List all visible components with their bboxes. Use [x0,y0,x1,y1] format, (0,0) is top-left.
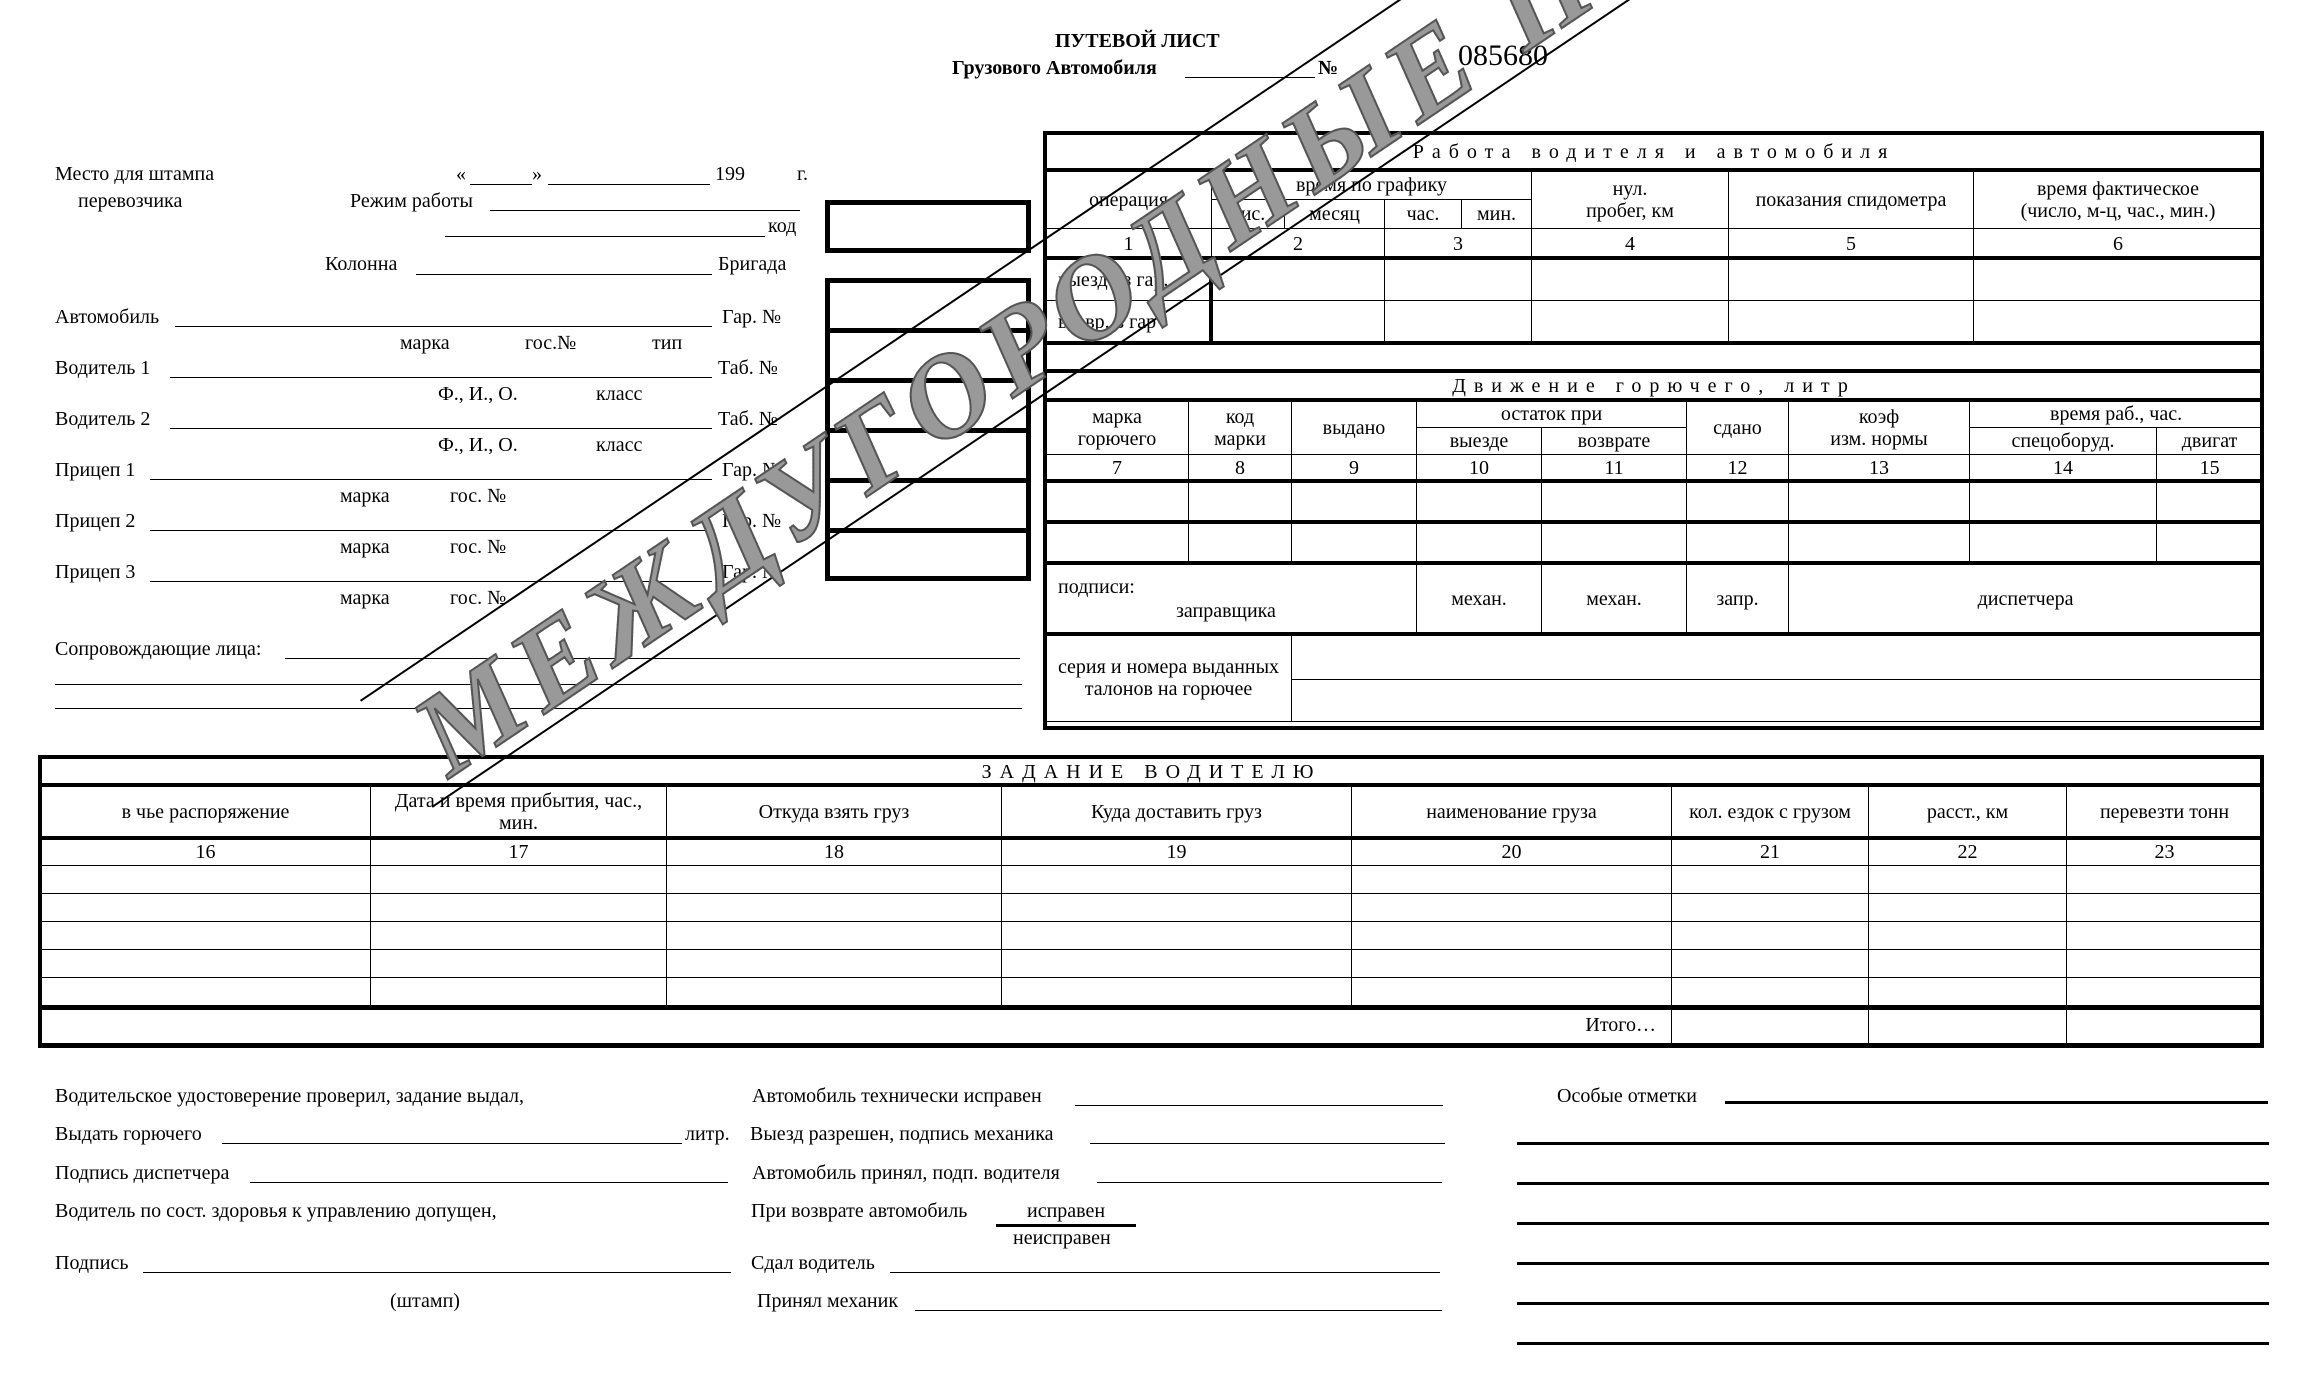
cell-input[interactable] [371,978,667,1006]
cell-input[interactable] [1212,301,1385,343]
header-month: месяц [1285,200,1385,229]
header-handed: сдано [1687,401,1789,455]
cell-input[interactable] [1974,259,2263,301]
table-row [41,922,2263,950]
garage-number-box[interactable] [825,378,1031,433]
col-number: 1 [1046,229,1212,259]
cell-input[interactable] [667,894,1002,922]
field-right-label: Гар. № [722,561,781,583]
cell-input[interactable] [1869,922,2067,950]
signatures-cell: подписи: заправщика [1046,564,1417,635]
cell-input[interactable] [1869,950,2067,978]
header-issued: выдано [1292,401,1417,455]
brigade-label: Бригада [718,253,786,275]
task-header: наименование груза [1352,786,1672,839]
cell-input[interactable] [1974,301,2263,343]
field-label: Прицеп 1 [55,459,135,481]
special-notes-line[interactable] [1517,1182,2269,1185]
col-number: 2 [1212,229,1385,259]
col-number: 9 [1292,455,1417,482]
header-on-return: возврате [1542,428,1687,455]
cell-input[interactable] [41,978,371,1006]
work-table-title: Работа водителя и автомобиля [1046,134,2263,171]
escort-field-2[interactable] [55,684,1022,685]
date-month-field[interactable] [548,184,710,185]
col-number: 17 [371,839,667,866]
cell-input[interactable] [1292,523,1417,564]
field-label: Водитель 1 [55,357,150,379]
table-row [41,894,2263,922]
cell-input[interactable] [1212,259,1385,301]
field-input[interactable] [150,581,712,582]
field-sublabel: тип [652,332,682,354]
cell-input[interactable] [1352,922,1672,950]
coupons-field-2[interactable] [1292,680,2263,722]
table-row [41,950,2263,978]
col-number: 18 [667,839,1002,866]
coupons-field-1[interactable] [1292,635,2263,680]
cell-input[interactable] [1385,301,1532,343]
stamp-place-label: Место для штампа [55,163,214,185]
cell-input[interactable] [1352,978,1672,1006]
col-number: 6 [1974,229,2263,259]
issue-fuel-field[interactable] [222,1143,682,1144]
document-title: ПУТЕВОЙ ЛИСТ [1055,30,1220,52]
cell-input[interactable] [1869,978,2067,1006]
cell-input[interactable] [1532,301,1729,343]
cell-input[interactable] [1672,950,1869,978]
serial-number: 085680 [1458,40,1548,72]
garage-number-box[interactable] [825,328,1031,383]
field-sublabel: класс [596,434,642,456]
header-engine: двигат [2157,428,2263,455]
refueler-signature-short[interactable]: запр. [1687,564,1789,635]
accepted-mechanic-field[interactable] [915,1310,1442,1311]
exit-allowed-field[interactable] [1090,1143,1445,1144]
fuel-table: Движение горючего, литр маркагорючего ко… [1045,371,2263,722]
col-number: 5 [1729,229,1974,259]
special-notes-field-1[interactable] [1725,1101,2268,1104]
cell-input[interactable] [1046,482,1189,523]
cell-input[interactable] [1542,523,1687,564]
cell-input[interactable] [1672,894,1869,922]
cell-input[interactable] [1789,523,1970,564]
signatures-label: подписи: [1058,576,1135,598]
col-number: 4 [1532,229,1729,259]
total-distance[interactable] [1869,1006,2067,1044]
field-input[interactable] [150,479,712,480]
vehicle-number-field[interactable] [1185,77,1315,78]
garage-number-box[interactable] [825,278,1031,333]
cell-input[interactable] [371,922,667,950]
col-number: 7 [1046,455,1189,482]
cell-input[interactable] [1002,950,1352,978]
col-number: 3 [1385,229,1532,259]
date-close-quote: » [532,163,542,185]
header-brand-code: кодмарки [1189,401,1292,455]
special-notes-line[interactable] [1517,1142,2269,1145]
accepted-driver-label: Автомобиль принял, подп. водителя [752,1162,1060,1184]
coupons-label: серия и номера выданных талонов на горюч… [1046,635,1292,722]
handed-driver-field[interactable] [890,1272,1440,1273]
special-notes-line[interactable] [1517,1262,2269,1265]
exit-allowed-label: Выезд разрешен, подпись механика [750,1123,1054,1145]
stamp-place-label-2: перевозчика [78,190,182,212]
cell-input[interactable] [1672,922,1869,950]
cell-input[interactable] [1970,482,2157,523]
header-actual-time: время фактическое(число, м-ц, час., мин.… [1974,171,2263,229]
table-row [41,866,2263,894]
field-right-label: Гар. № [722,510,781,532]
cell-input[interactable] [371,866,667,894]
spacer-row [1046,343,2263,371]
field-input[interactable] [150,530,712,531]
issue-fuel-label: Выдать горючего [55,1123,202,1145]
field-right-label: Гар. № [722,459,781,481]
license-checked-label: Водительское удостоверение проверил, зад… [55,1085,524,1107]
cell-input[interactable] [1352,894,1672,922]
task-table: ЗАДАНИЕ ВОДИТЕЛЮ в чье распоряжениеДата … [40,757,2263,1044]
field-sublabel: гос. № [450,587,506,609]
header-work-time: время раб., час. [1970,401,2263,428]
total-tons[interactable] [2067,1006,2263,1044]
field-sublabel: марка [340,536,390,558]
field-sublabel: Ф., И., О. [438,434,518,456]
header-coef: коэфизм. нормы [1789,401,1970,455]
header-min: мин. [1462,200,1532,229]
code-field[interactable] [445,236,765,237]
cell-input[interactable] [41,866,371,894]
col-number: 13 [1789,455,1970,482]
signature-field[interactable] [143,1272,731,1273]
field-input[interactable] [175,326,712,327]
stamp-label: (штамп) [390,1290,460,1312]
cell-input[interactable] [1189,523,1292,564]
cell-input[interactable] [1417,482,1542,523]
liters-label: литр. [685,1123,730,1145]
cell-input[interactable] [1292,482,1417,523]
tech-ok-label: Автомобиль технически исправен [752,1085,1042,1107]
cell-input[interactable] [667,950,1002,978]
cell-input[interactable] [667,866,1002,894]
document-subtitle: Грузового Автомобиля [952,57,1157,79]
field-right-label: Таб. № [718,408,778,430]
cell-input[interactable] [1542,482,1687,523]
escort-field-3[interactable] [55,708,1022,709]
cell-input[interactable] [371,950,667,978]
cell-input[interactable] [667,978,1002,1006]
fuel-table-title: Движение горючего, литр [1046,372,2263,401]
header-special: спецоборуд. [1970,428,2157,455]
escort-label: Сопровождающие лица: [55,638,261,660]
total-trips[interactable] [1672,1006,1869,1044]
dispatcher-sign-label: Подпись диспетчера [55,1162,229,1184]
cell-input[interactable] [1789,482,1970,523]
accepted-driver-field[interactable] [1097,1182,1442,1183]
cell-input[interactable] [1672,866,1869,894]
special-notes-line[interactable] [1517,1342,2269,1345]
cell-input[interactable] [41,950,371,978]
work-mode-label: Режим работы [350,190,473,212]
garage-number-box[interactable] [825,478,1031,533]
dispatcher-sign-field[interactable] [250,1182,728,1183]
tech-ok-field[interactable] [1075,1105,1443,1106]
code-label: код [768,215,796,237]
col-number: 20 [1352,839,1672,866]
cell-input[interactable] [2067,950,2263,978]
col-number: 19 [1002,839,1352,866]
cell-input[interactable] [1046,523,1189,564]
header-schedule: время по графику [1212,171,1532,200]
cell-input[interactable] [1002,866,1352,894]
field-label: Водитель 2 [55,408,150,430]
cell-input[interactable] [41,894,371,922]
work-mode-field[interactable] [490,210,800,211]
cell-input[interactable] [2067,922,2263,950]
field-sublabel: гос.№ [525,332,576,354]
task-header: Откуда взять груз [667,786,1002,839]
cell-input[interactable] [1869,894,2067,922]
garage-number-box[interactable] [825,528,1031,581]
cell-input[interactable] [1417,523,1542,564]
table-row [41,978,2263,1006]
number-sign: № [1318,57,1338,79]
year-field[interactable] [752,184,782,185]
special-notes-label: Особые отметки [1557,1085,1697,1107]
header-day: чис. [1212,200,1285,229]
cell-input[interactable] [667,922,1002,950]
option-ok[interactable]: исправен [1027,1200,1105,1222]
field-right-label: Таб. № [718,357,778,379]
field-right-label: Гар. № [722,306,781,328]
header-hour: час. [1385,200,1462,229]
cell-input[interactable] [1729,301,1974,343]
column-field[interactable] [416,274,712,275]
cell-input[interactable] [1687,482,1789,523]
field-sublabel: гос. № [450,485,506,507]
cell-input[interactable] [1970,523,2157,564]
cell-input[interactable] [1532,259,1729,301]
handed-driver-label: Сдал водитель [751,1252,875,1274]
code-box[interactable] [825,200,1031,253]
year-prefix: 199 [715,163,745,185]
field-label: Автомобиль [55,306,159,328]
task-header: перевезти тонн [2067,786,2263,839]
field-input[interactable] [170,377,712,378]
col-number: 23 [2067,839,2263,866]
cell-input[interactable] [1672,978,1869,1006]
task-header: Дата и время прибытия, час., мин. [371,786,667,839]
cell-input[interactable] [2157,523,2263,564]
col-number: 16 [41,839,371,866]
cell-input[interactable] [1002,894,1352,922]
header-operation: операция [1046,171,1212,229]
col-number: 10 [1417,455,1542,482]
cell-input[interactable] [1352,866,1672,894]
header-speedometer: показания спидометра [1729,171,1974,229]
col-number: 12 [1687,455,1789,482]
column-label: Колонна [325,253,397,275]
task-header: расст., км [1869,786,2067,839]
cell-input[interactable] [1002,978,1352,1006]
field-sublabel: гос. № [450,536,506,558]
cell-input[interactable] [1869,866,2067,894]
mechanic-signature-1[interactable]: механ. [1417,564,1542,635]
col-number: 8 [1189,455,1292,482]
task-header: кол. ездок с грузом [1672,786,1869,839]
accepted-mechanic-label: Принял механик [757,1290,898,1312]
header-remain: остаток при [1417,401,1687,428]
total-label: Итого… [41,1006,1672,1044]
signature-label: Подпись [55,1252,128,1274]
garage-number-box[interactable] [825,428,1031,483]
dispatcher-signature[interactable]: диспетчера [1789,564,2263,635]
special-notes-line[interactable] [1517,1222,2269,1225]
cell-input[interactable] [2067,978,2263,1006]
field-sublabel: марка [400,332,450,354]
col-number: 11 [1542,455,1687,482]
on-return-label: При возврате автомобиль [751,1200,967,1222]
col-number: 14 [1970,455,2157,482]
cell-input[interactable] [1352,950,1672,978]
header-fuel-brand: маркагорючего [1046,401,1189,455]
field-label: Прицеп 3 [55,561,135,583]
special-notes-line[interactable] [1517,1302,2269,1305]
cell-input[interactable] [1687,523,1789,564]
task-header: в чье распоряжение [41,786,371,839]
field-sublabel: класс [596,383,642,405]
date-day-field[interactable] [470,184,532,185]
date-open-quote: « [456,163,466,185]
col-number: 15 [2157,455,2263,482]
cell-input[interactable] [371,894,667,922]
health-ok-label: Водитель по сост. здоровья к управлению … [55,1200,497,1222]
cell-input[interactable] [1002,922,1352,950]
col-number: 22 [1869,839,2067,866]
field-label: Прицеп 2 [55,510,135,532]
year-suffix: г. [797,163,808,185]
escort-field-1[interactable] [285,658,1020,659]
field-input[interactable] [170,428,712,429]
cell-input[interactable] [2067,866,2263,894]
field-sublabel: марка [340,587,390,609]
mechanic-signature-2[interactable]: механ. [1542,564,1687,635]
row-exit-garage: выезд из гар. [1046,259,1212,301]
task-header: Куда доставить груз [1002,786,1352,839]
field-sublabel: Ф., И., О. [438,383,518,405]
cell-input[interactable] [41,922,371,950]
work-table: Работа водителя и автомобиля операция вр… [1045,133,2263,371]
header-on-exit: выезде [1417,428,1542,455]
cell-input[interactable] [2157,482,2263,523]
cell-input[interactable] [2067,894,2263,922]
header-zero-run: нул.пробег, км [1532,171,1729,229]
cell-input[interactable] [1189,482,1292,523]
option-not-ok[interactable]: неисправен [1013,1227,1111,1249]
row-return-garage: возвр. в гар [1046,301,1212,343]
cell-input[interactable] [1385,259,1532,301]
field-sublabel: марка [340,485,390,507]
col-number: 21 [1672,839,1869,866]
task-table-title: ЗАДАНИЕ ВОДИТЕЛЮ [41,758,2263,786]
cell-input[interactable] [1729,259,1974,301]
refueler-signature-label: заправщика [1176,600,1276,622]
